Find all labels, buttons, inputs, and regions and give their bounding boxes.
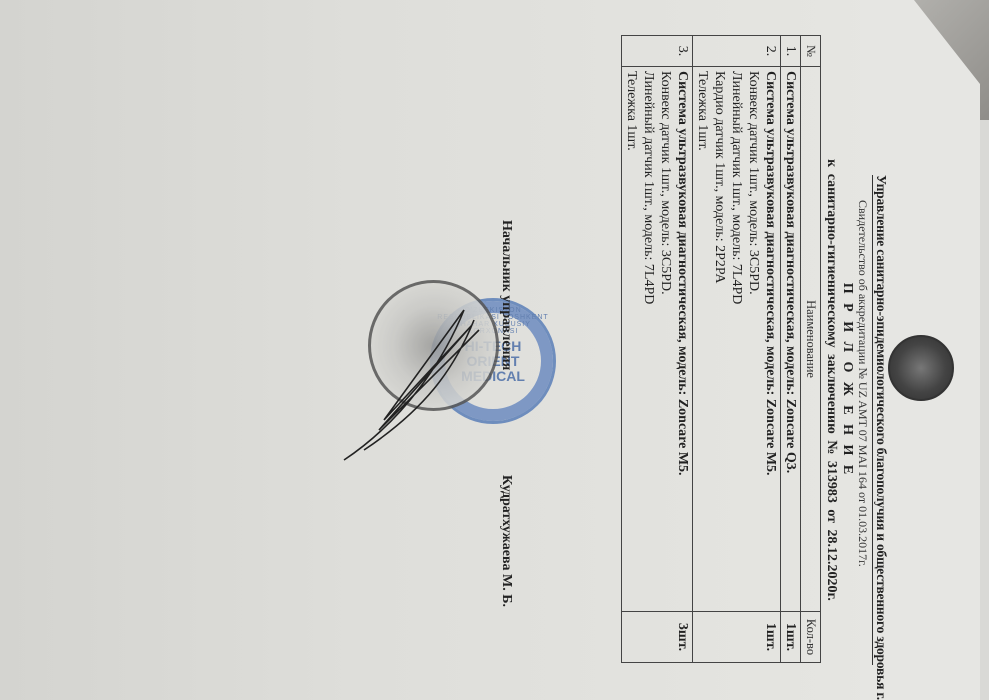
document-title: П Р И Л О Ж Е Н И Е bbox=[839, 250, 855, 510]
table-row: 1.Система ультразвуковая диагностическая… bbox=[781, 36, 801, 663]
description-line: Конвекс датчик 1шт., модель: 3C5PD. bbox=[745, 71, 762, 607]
signatory-name: Кудратхужаева М. Б. bbox=[498, 475, 514, 607]
header-quantity: Кол-во bbox=[801, 612, 821, 663]
table-header-row: № Наименование Кол-во bbox=[801, 36, 821, 663]
header-name: Наименование bbox=[801, 67, 821, 612]
signatory-title: Начальник управления bbox=[498, 220, 514, 370]
issuing-authority: Управление санитарно-эпидемиологического… bbox=[872, 175, 889, 665]
accreditation-certificate: Свидетельство об аккредитации № UZ AMT 0… bbox=[855, 200, 870, 560]
row-number: 3. bbox=[622, 36, 693, 67]
description-line: Система ультразвуковая диагностическая, … bbox=[762, 71, 779, 607]
table-row: 2.Система ультразвуковая диагностическая… bbox=[693, 36, 781, 663]
row-description: Система ультразвуковая диагностическая, … bbox=[693, 67, 781, 612]
header-number: № bbox=[801, 36, 821, 67]
conclusion-reference: к санитарно-гигиеническому заключению № … bbox=[823, 130, 839, 630]
row-quantity: 1шт. bbox=[781, 612, 801, 663]
signature-icon bbox=[334, 300, 484, 470]
row-quantity: 3шт. bbox=[622, 612, 693, 663]
table-row: 3.Система ультразвуковая диагностическая… bbox=[622, 36, 693, 663]
description-line: Кардио датчик 1шт., модель: 2P2PA bbox=[711, 71, 728, 607]
description-line: Тележка 1шт. bbox=[623, 71, 640, 607]
description-line: Линейный датчик 1шт., модель: 7L4PD bbox=[640, 71, 657, 607]
row-description: Система ультразвуковая диагностическая, … bbox=[622, 67, 693, 612]
description-line: Тележка 1шт. bbox=[694, 71, 711, 607]
row-description: Система ультразвуковая диагностическая, … bbox=[781, 67, 801, 612]
document-page: Управление санитарно-эпидемиологического… bbox=[0, 0, 989, 700]
row-quantity: 1шт. bbox=[693, 612, 781, 663]
row-number: 2. bbox=[693, 36, 781, 67]
description-line: Линейный датчик 1шт., модель: 7L4PD bbox=[728, 71, 745, 607]
description-line: Система ультразвуковая диагностическая, … bbox=[674, 71, 691, 607]
description-line: Конвекс датчик 1шт., модель: 3C5PD. bbox=[657, 71, 674, 607]
state-emblem-icon bbox=[888, 335, 954, 401]
row-number: 1. bbox=[781, 36, 801, 67]
equipment-table: № Наименование Кол-во 1.Система ультразв… bbox=[621, 35, 821, 663]
description-line: Система ультразвуковая диагностическая, … bbox=[782, 71, 799, 607]
